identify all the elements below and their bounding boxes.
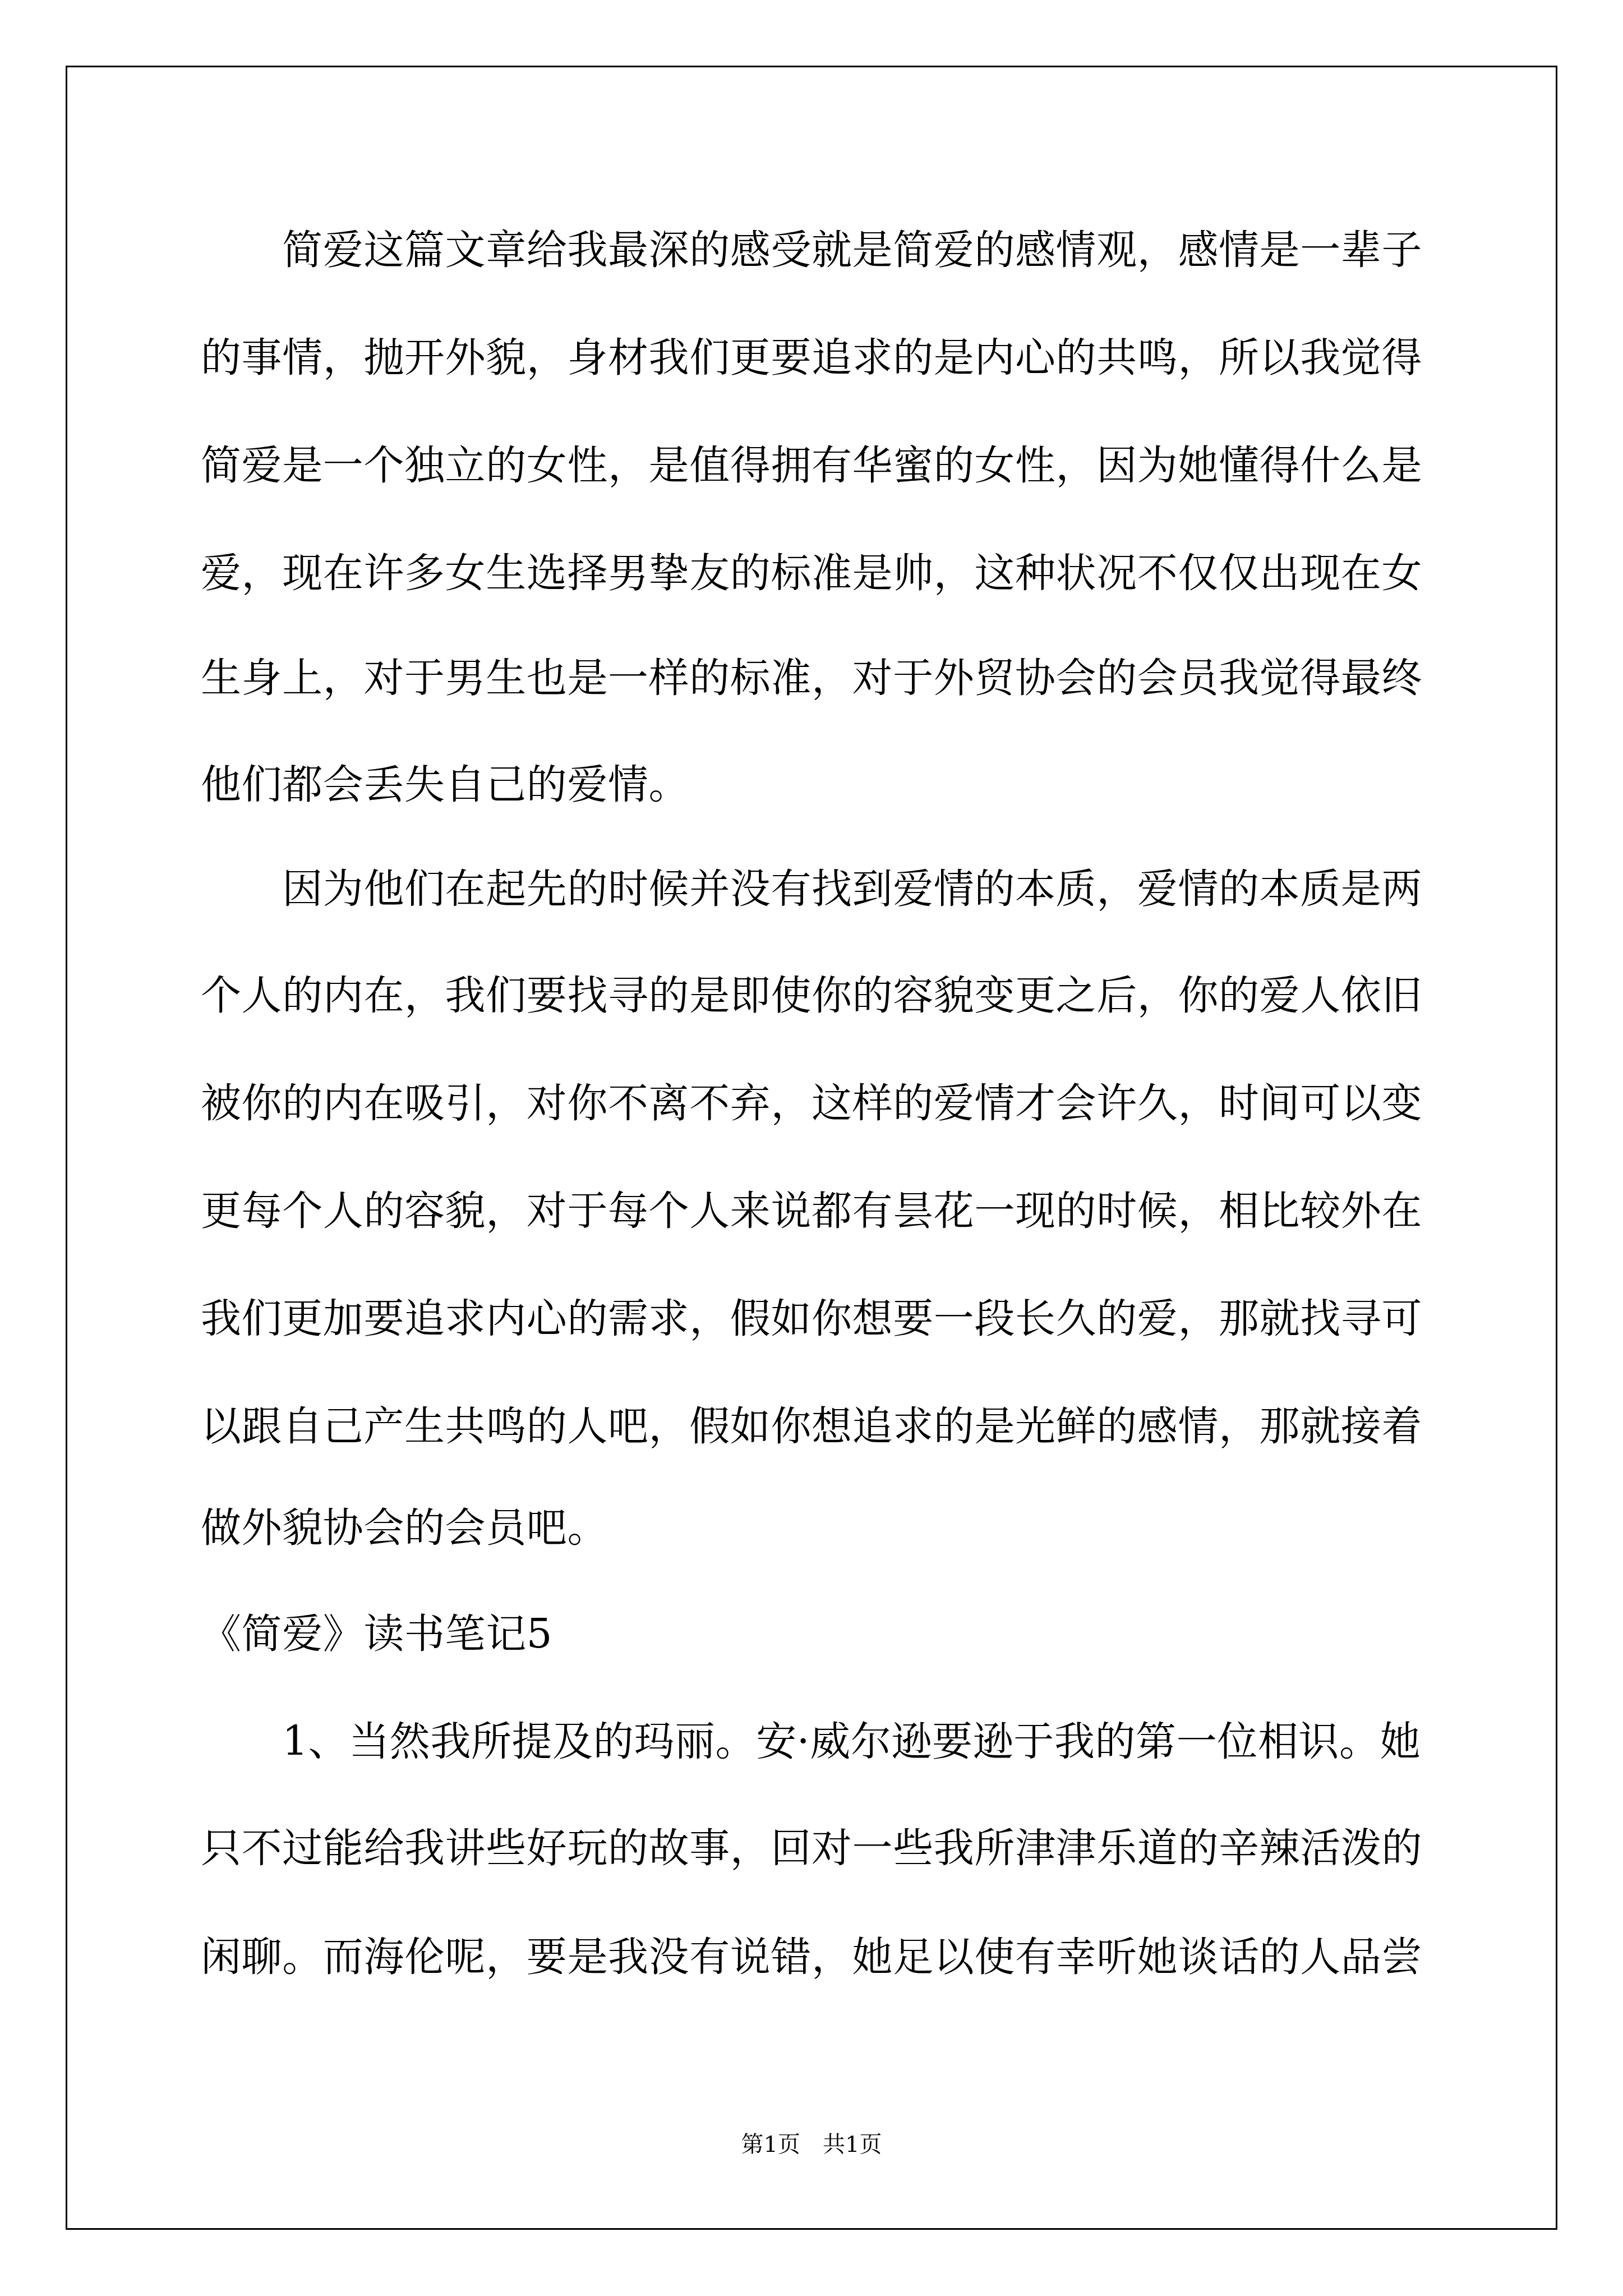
paragraph-1-line-3: 简爱是一个独立的女性，是值得拥有华蜜的女性，因为她懂得什么是 <box>201 438 1435 492</box>
paragraph-2-line-5: 我们更加要追求内心的需求，假如你想要一段长久的爱，那就找寻可 <box>201 1291 1435 1345</box>
paragraph-1-line-1: 简爱这篇文章给我最深的感受就是简爱的感情观，感情是一辈子 <box>201 223 1435 277</box>
paragraph-3-line-1: 1、当然我所提及的玛丽。安·威尔逊要逊于我的第一位相识。她 <box>201 1714 1435 1768</box>
paragraph-2-line-3: 被你的内在吸引，对你不离不弃，这样的爱情才会许久，时间可以变 <box>201 1076 1435 1130</box>
paragraph-2-line-7: 做外貌协会的会员吧。 <box>201 1501 1435 1554</box>
paragraph-3-line-2: 只不过能给我讲些好玩的故事，回对一些我所津津乐道的辛辣活泼的 <box>201 1821 1435 1875</box>
paragraph-2-line-2: 个人的内在，我们要找寻的是即使你的容貌变更之后，你的爱人依旧 <box>201 968 1435 1022</box>
paragraph-3-line-3: 闲聊。而海伦呢，要是我没有说错，她足以使有幸听她谈话的人品尝 <box>201 1930 1435 1984</box>
paragraph-1-line-2: 的事情，抛开外貌，身材我们更要追求的是内心的共鸣，所以我觉得 <box>201 330 1435 384</box>
section-heading: 《简爱》读书笔记5 <box>201 1607 1435 1660</box>
paragraph-2-line-4: 更每个人的容貌，对于每个人来说都有昙花一现的时候，相比较外在 <box>201 1184 1435 1237</box>
paragraph-1-line-4: 爱，现在许多女生选择男挚友的标准是帅，这种状况不仅仅出现在女 <box>201 546 1435 600</box>
page-border <box>66 66 1557 2230</box>
paragraph-1-line-5: 生身上，对于男生也是一样的标准，对于外贸协会的会员我觉得最终 <box>201 651 1435 705</box>
paragraph-2-line-6: 以跟自己产生共鸣的人吧，假如你想追求的是光鲜的感情，那就接着 <box>201 1399 1435 1453</box>
paragraph-1-line-6: 他们都会丢失自己的爱情。 <box>201 757 1435 811</box>
paragraph-2-line-1: 因为他们在起先的时候并没有找到爱情的本质，爱情的本质是两 <box>201 862 1435 915</box>
page-number-footer: 第1页 共1页 <box>0 2131 1623 2159</box>
